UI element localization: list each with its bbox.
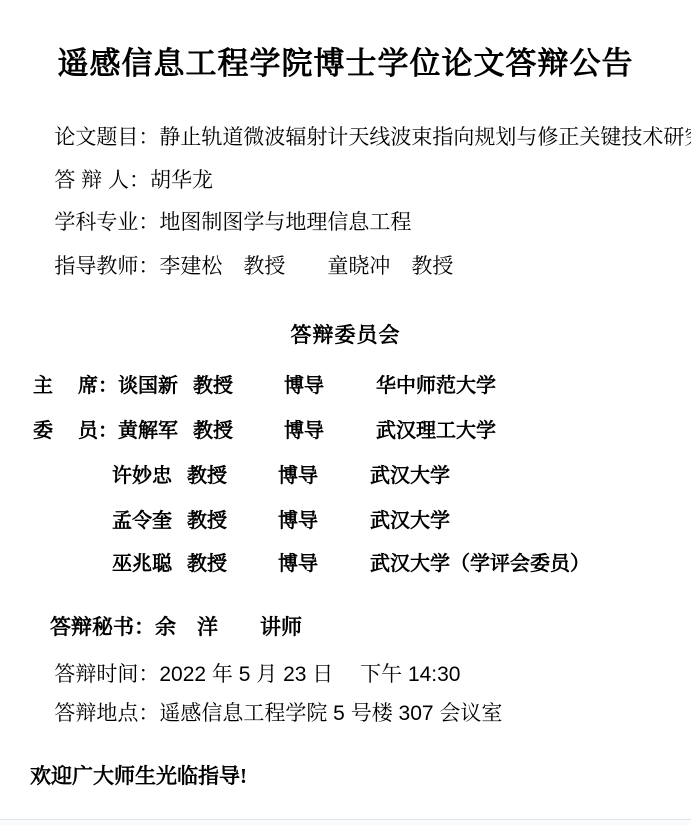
- major-label: 学科专业：: [54, 211, 159, 234]
- committee-member-advisor: 博导: [278, 465, 370, 487]
- committee-member-name: 孟令奎: [112, 510, 187, 532]
- committee-role-label: 主 席：: [33, 375, 118, 397]
- committee-member-name: 黄解军: [118, 420, 193, 442]
- defense-announcement-page: 遥感信息工程学院博士学位论文答辩公告 论文题目：静止轨道微波辐射计天线波束指向规…: [0, 0, 691, 825]
- committee-member-name: 巫兆聪: [112, 553, 187, 575]
- secretary-label: 答辩秘书：: [50, 616, 155, 639]
- committee-row-member: 孟令奎 教授 博导 武汉大学: [33, 510, 681, 532]
- committee-member-university: 武汉大学: [370, 465, 450, 487]
- committee-member-name: 谈国新: [118, 375, 193, 397]
- committee-member-title: 教授: [187, 510, 278, 532]
- major-value: 地图制图学与地理信息工程: [159, 211, 411, 234]
- committee-member-advisor: 博导: [278, 553, 370, 575]
- supervisor-value: 李建松 教授 童晓冲 教授: [159, 255, 453, 278]
- place-label: 答辩地点：: [54, 702, 159, 725]
- welcome-line: 欢迎广大师生光临指导!: [30, 760, 247, 790]
- committee-role-label: 委 员：: [33, 420, 118, 442]
- committee-row-chair: 主 席： 谈国新 教授 博导 华中师范大学: [33, 375, 681, 397]
- page-title: 遥感信息工程学院博士学位论文答辩公告: [0, 45, 691, 84]
- committee-row-member: 许妙忠 教授 博导 武汉大学: [33, 465, 681, 487]
- committee-row-member: 巫兆聪 教授 博导 武汉大学（学评会委员）: [33, 553, 681, 575]
- committee-member-title: 教授: [187, 553, 278, 575]
- committee-member-title: 教授: [193, 375, 284, 397]
- committee-member-advisor: 博导: [284, 420, 376, 442]
- supervisor-row: 指导教师：李建松 教授 童晓冲 教授: [31, 232, 453, 301]
- committee-member-university: 武汉理工大学: [376, 420, 496, 442]
- place-value: 遥感信息工程学院 5 号楼 307 会议室: [159, 702, 502, 725]
- committee-row-member: 委 员： 黄解军 教授 博导 武汉理工大学: [33, 420, 681, 442]
- committee-member-university: 武汉大学: [370, 510, 450, 532]
- committee-member-advisor: 博导: [278, 510, 370, 532]
- committee-member-university: 华中师范大学: [376, 375, 496, 397]
- committee-member-advisor: 博导: [284, 375, 376, 397]
- committee-heading: 答辩委员会: [0, 319, 691, 349]
- supervisor-label: 指导教师：: [54, 255, 159, 278]
- committee-member-title: 教授: [187, 465, 278, 487]
- committee-member-university: 武汉大学（学评会委员）: [370, 553, 590, 575]
- place-row: 答辩地点：遥感信息工程学院 5 号楼 307 会议室: [31, 679, 502, 748]
- thesis-title-value: 静止轨道微波辐射计天线波束指向规划与修正关键技术研究: [159, 126, 691, 149]
- secretary-value: 余 洋 讲师: [155, 615, 302, 639]
- page-bottom-edge: [0, 819, 691, 825]
- committee-member-title: 教授: [193, 420, 284, 442]
- committee-member-name: 许妙忠: [112, 465, 187, 487]
